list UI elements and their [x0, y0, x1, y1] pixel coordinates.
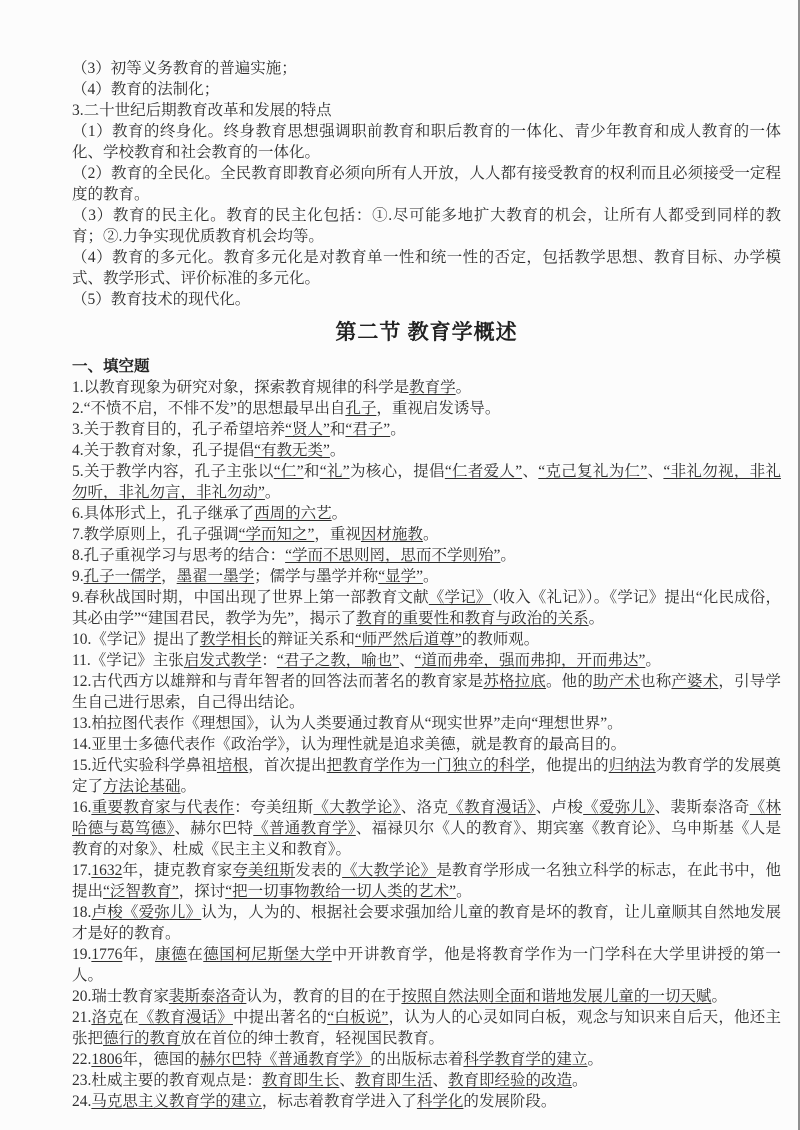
- text-segment: 。: [423, 526, 439, 543]
- text-segment: 。: [587, 1051, 603, 1068]
- text-segment: 、: [522, 463, 538, 480]
- answer-underline: 1776: [91, 946, 122, 963]
- text-segment: 和: [304, 463, 320, 480]
- answer-underline: 洛克: [91, 1009, 123, 1026]
- text-segment: 。: [500, 547, 516, 564]
- intro-paragraph: 3.二十世纪后期教育改革和发展的特点: [72, 100, 781, 121]
- text-segment: 5.关于教学内容，孔子主张以: [72, 463, 274, 480]
- text-segment: 。: [711, 988, 727, 1005]
- text-segment: 、洛克: [401, 799, 449, 816]
- text-segment: 也称: [640, 673, 671, 690]
- text-segment: （5）教育技术的现代化。: [72, 291, 250, 308]
- text-segment: 中提出著名的: [233, 1009, 327, 1026]
- text-segment: 3.二十世纪后期教育改革和发展的特点: [72, 102, 332, 119]
- fill-in-item: 1.以教育现象为研究对象，探索教育规律的科学是教育学。: [72, 377, 781, 398]
- text-segment: 2.“不愤不启，不悱不发”的思想最早出自: [72, 400, 345, 417]
- text-segment: 和: [330, 421, 346, 438]
- fill-in-item: 13.柏拉图代表作《理想国》，认为人类要通过教育从“现实世界”走向“理想世界”。: [72, 713, 781, 734]
- fill-in-item: 22.1806年，德国的赫尔巴特《普通教育学》的出版标志着科学教育学的建立。: [72, 1049, 781, 1070]
- text-segment: 放在首位的绅士教育，轻视国民教育。: [181, 1030, 445, 1047]
- text-segment: 发表的: [295, 862, 342, 879]
- section-heading: 第二节 教育学概述: [72, 319, 781, 346]
- fill-in-item: 6.具体形式上，孔子继承了西周的六艺。: [72, 503, 781, 524]
- text-segment: 13.柏拉图代表作《理想国》，认为人类要通过教育从“现实世界”走向“理想世界”。: [72, 715, 623, 732]
- text-segment: 为核心，提倡: [350, 463, 445, 480]
- intro-paragraph: （3）教育的民主化。教育的民主化包括：①.尽可能多地扩大教育的机会，让所有人都受…: [72, 205, 781, 247]
- answer-underline: “贤人”: [285, 421, 330, 438]
- text-segment: 的教师观。: [462, 631, 540, 648]
- text-segment: 。他的: [546, 673, 593, 690]
- text-segment: ，重视启发诱导。: [376, 400, 500, 417]
- answer-underline: 助产术: [593, 673, 640, 690]
- answer-underline: “克己复礼为仁”: [538, 463, 647, 480]
- text-segment: 12.古代西方以雄辩和与青年智者的回答法而著名的教育家是: [72, 673, 483, 690]
- text-segment: ，: [161, 568, 177, 585]
- answer-underline: “仁”: [274, 463, 304, 480]
- text-segment: 7.教学原则上，孔子强调: [72, 526, 239, 543]
- text-segment: 17.: [72, 862, 91, 879]
- answer-underline: 德行的教育: [103, 1030, 181, 1047]
- answer-underline: 德国柯尼斯堡大学: [203, 946, 332, 963]
- fill-in-item: 5.关于教学内容，孔子主张以“仁”和“礼”为核心，提倡“仁者爱人”、“克己复礼为…: [72, 461, 781, 503]
- text-segment: 。: [456, 883, 472, 900]
- fill-in-item: 21.洛克在《教育漫话》中提出著名的“白板说”，认为人的心灵如同白板，观念与知识…: [72, 1007, 781, 1049]
- answer-underline: 墨翟一墨学: [177, 568, 255, 585]
- text-segment: 年，德国的: [122, 1051, 200, 1068]
- text-segment: 20.瑞士教育家: [72, 988, 169, 1005]
- answer-underline: 启发式教学: [184, 652, 262, 669]
- answer-underline: 苏格拉底: [483, 673, 546, 690]
- fill-in-item: 15.近代实验科学鼻祖培根，首次提出把教育学作为一门独立的科学，他提出的归纳法为…: [72, 755, 781, 797]
- fill-in-item: 9.孔子一儒学，墨翟一墨学；儒学与墨学并称“显学”。: [72, 566, 781, 587]
- answer-underline: 康德: [155, 946, 187, 963]
- answer-underline: 卢梭《爱弥儿》: [91, 904, 201, 921]
- text-segment: 。: [572, 1072, 588, 1089]
- answer-underline: 马克思主义教育学的建立: [91, 1093, 262, 1110]
- answer-underline: “把一切事物教给一切人类的艺术”: [225, 883, 456, 900]
- text-segment: 23.杜威主要的教育观点是：: [72, 1072, 262, 1089]
- intro-paragraph: （4）教育的多元化。教育多元化是对教育单一性和统一性的否定，包括教学思想、教育目…: [72, 247, 781, 289]
- fill-in-item: 3.关于教育目的，孔子希望培养“贤人”和“君子”。: [72, 419, 781, 440]
- text-segment: 6.具体形式上，孔子继承了: [72, 505, 254, 522]
- text-segment: ：夸美纽斯: [234, 799, 313, 816]
- text-segment: 14.亚里士多德代表作《政治学》，认为理性就是追求美德，就是教育的最高目的。: [72, 736, 626, 753]
- text-segment: 。: [181, 778, 197, 795]
- answer-underline: 1806: [91, 1051, 122, 1068]
- text-segment: 的出版标志着: [370, 1051, 463, 1068]
- answer-underline: “白板说”: [327, 1009, 388, 1026]
- answer-underline: 把教育学作为一门独立的科学: [327, 757, 531, 774]
- text-segment: 。: [390, 421, 406, 438]
- text-segment: 。: [456, 379, 472, 396]
- answer-underline: 重要教育家与代表作: [91, 799, 234, 816]
- text-segment: 。: [332, 505, 348, 522]
- answer-underline: 教育的重要性和教育与政治的关系: [356, 610, 589, 627]
- answer-underline: 产婆术: [671, 673, 718, 690]
- answer-underline: 西周的六艺: [254, 505, 332, 522]
- fill-in-item: 7.教学原则上，孔子强调“学而知之”，重视因材施教。: [72, 524, 781, 545]
- text-segment: 22.: [72, 1051, 91, 1068]
- answer-underline: 科学教育学的建立: [463, 1051, 587, 1068]
- fill-in-item: 8.孔子重视学习与思考的结合：“学而不思则罔，思而不学则殆”。: [72, 545, 781, 566]
- answer-underline: 方法论基础: [103, 778, 181, 795]
- intro-paragraph: （5）教育技术的现代化。: [72, 289, 781, 310]
- fill-in-item: 20.瑞士教育家裴斯泰洛奇认为，教育的目的在于按照自然法则全面和谐地发展儿童的一…: [72, 986, 781, 1007]
- text-segment: 的发展阶段。: [463, 1093, 556, 1110]
- answer-underline: “泛智教育”: [103, 883, 179, 900]
- text-segment: 18.: [72, 904, 91, 921]
- answer-underline: 《大教学论》: [313, 799, 400, 816]
- text-segment: 的辩证关系和: [262, 631, 355, 648]
- answer-underline: 教育即生长: [262, 1072, 340, 1089]
- text-segment: （3）初等义务教育的普遍实施；: [72, 60, 297, 77]
- answer-underline: 1632: [91, 862, 122, 879]
- text-segment: 。: [423, 568, 439, 585]
- answer-underline: 教学相长: [200, 631, 262, 648]
- intro-paragraph: （4）教育的法制化；: [72, 79, 781, 100]
- text-segment: 。: [265, 484, 281, 501]
- text-segment: 8.孔子重视学习与思考的结合：: [72, 547, 285, 564]
- text-segment: ，首次提出: [248, 757, 326, 774]
- previous-section-content: （3）初等义务教育的普遍实施；（4）教育的法制化；3.二十世纪后期教育改革和发展…: [72, 58, 781, 310]
- text-segment: 年，捷克教育家: [122, 862, 232, 879]
- text-segment: 15.近代实验科学鼻祖: [72, 757, 217, 774]
- intro-paragraph: （1）教育的终身化。终身教育思想强调职前教育和职后教育的一体化、青少年教育和成人…: [72, 121, 781, 163]
- fill-in-item: 19.1776年，康德在德国柯尼斯堡大学中开讲教育学，他是将教育学作为一门学科在…: [72, 944, 781, 986]
- text-segment: 9.: [72, 568, 84, 585]
- answer-underline: “显学”: [378, 568, 423, 585]
- text-segment: （1）教育的终身化。终身教育思想强调职前教育和职后教育的一体化、青少年教育和成人…: [72, 123, 781, 161]
- text-segment: 11.《学记》主张: [72, 652, 184, 669]
- answer-underline: “学而不思则罔，思而不学则殆”: [285, 547, 500, 564]
- fill-in-item: 12.古代西方以雄辩和与青年智者的回答法而著名的教育家是苏格拉底。他的助产术也称…: [72, 671, 781, 713]
- fill-in-item: 24.马克思主义教育学的建立，标志着教育学进入了科学化的发展阶段。: [72, 1091, 781, 1112]
- text-segment: 。: [645, 652, 661, 669]
- answer-underline: 孔子一儒学: [84, 568, 162, 585]
- answer-underline: 《大教学论》: [342, 862, 436, 879]
- text-segment: 认为，教育的目的在于: [246, 988, 401, 1005]
- text-segment: 16.: [72, 799, 91, 816]
- answer-underline: 教育即生活: [355, 1072, 433, 1089]
- answer-underline: “仁者爱人”: [445, 463, 522, 480]
- fill-in-item: 18.卢梭《爱弥儿》认为，人为的、根据社会要求强加给儿童的教育是坏的教育，让儿童…: [72, 902, 781, 944]
- text-segment: 、: [647, 463, 663, 480]
- text-segment: 年，: [122, 946, 155, 963]
- answer-underline: 孔子: [345, 400, 376, 417]
- text-segment: （4）教育的多元化。教育多元化是对教育单一性和统一性的否定，包括教学思想、教育目…: [72, 249, 781, 287]
- answer-underline: 科学化: [417, 1093, 464, 1110]
- text-segment: ：: [261, 652, 277, 669]
- text-segment: 。: [589, 610, 605, 627]
- answer-underline: 培根: [217, 757, 248, 774]
- answer-underline: 教育学: [409, 379, 456, 396]
- text-segment: 1.以教育现象为研究对象，探索教育规律的科学是: [72, 379, 409, 396]
- fill-in-item: 10.《学记》提出了教学相长的辩证关系和“师严然后道尊”的教师观。: [72, 629, 781, 650]
- intro-paragraph: （2）教育的全民化。全民教育即教育必须向所有人开放，人人都有接受教育的权利而且必…: [72, 163, 781, 205]
- answer-underline: “君子之教，喻也”: [277, 652, 399, 669]
- text-segment: 19.: [72, 946, 91, 963]
- answer-underline: 归纳法: [609, 757, 656, 774]
- fill-in-item: 23.杜威主要的教育观点是：教育即生长、教育即生活、教育即经验的改造。: [72, 1070, 781, 1091]
- answer-underline: “学而知之”: [239, 526, 315, 543]
- document-page: （3）初等义务教育的普遍实施；（4）教育的法制化；3.二十世纪后期教育改革和发展…: [0, 0, 800, 1130]
- fill-in-subheading: 一、填空题: [72, 356, 781, 377]
- text-segment: 3.关于教育目的，孔子希望培养: [72, 421, 285, 438]
- answer-underline: “君子”: [345, 421, 390, 438]
- answer-underline: 夸美纽斯: [232, 862, 295, 879]
- text-segment: ，标志着教育学进入了: [262, 1093, 417, 1110]
- fill-in-item: 2.“不愤不启，不悱不发”的思想最早出自孔子，重视启发诱导。: [72, 398, 781, 419]
- text-segment: 21.: [72, 1009, 91, 1026]
- text-segment: 24.: [72, 1093, 91, 1110]
- text-segment: ；儒学与墨学并称: [254, 568, 378, 585]
- answer-underline: 裴斯泰洛奇: [169, 988, 247, 1005]
- text-segment: ，探讨: [179, 883, 226, 900]
- text-segment: 、: [399, 652, 415, 669]
- text-segment: 、: [432, 1072, 448, 1089]
- answer-underline: 《爱弥儿》: [583, 799, 654, 816]
- fill-in-item: 11.《学记》主张启发式教学：“君子之教，喻也”、“道而弗牵，强而弗抑，开而弗达…: [72, 650, 781, 671]
- fill-in-item: 4.关于教育对象，孔子提倡“有教无类”。: [72, 440, 781, 461]
- text-segment: 在: [123, 1009, 139, 1026]
- answer-underline: “师严然后道尊”: [355, 631, 462, 648]
- answer-underline: “礼”: [320, 463, 350, 480]
- intro-paragraph: （3）初等义务教育的普遍实施；: [72, 58, 781, 79]
- answer-underline: 教育即经验的改造: [448, 1072, 572, 1089]
- answer-underline: 按照自然法则全面和谐地发展儿童的一切天赋: [401, 988, 711, 1005]
- text-segment: 9.春秋战国时期，中国出现了世界上第一部教育文献: [72, 589, 429, 606]
- answer-underline: 赫尔巴特《普通教育学》: [200, 1051, 371, 1068]
- fill-in-item: 9.春秋战国时期，中国出现了世界上第一部教育文献《学记》（收入《礼记》）。《学记…: [72, 587, 781, 629]
- text-segment: 、裴斯泰洛奇: [655, 799, 750, 816]
- text-segment: 、卢梭: [536, 799, 584, 816]
- text-segment: 、赫尔巴特: [175, 820, 254, 837]
- text-segment: 4.关于教育对象，孔子提倡: [72, 442, 254, 459]
- text-segment: （3）教育的民主化。教育的民主化包括：①.尽可能多地扩大教育的机会，让所有人都受…: [72, 207, 781, 245]
- fill-in-item: 17.1632年，捷克教育家夸美纽斯发表的《大教学论》是教育学形成一名独立科学的…: [72, 860, 781, 902]
- text-segment: 10.《学记》提出了: [72, 631, 200, 648]
- text-segment: ，他提出的: [530, 757, 608, 774]
- answer-underline: “道而弗牵，强而弗抑，开而弗达”: [415, 652, 646, 669]
- answer-underline: 《教育漫话》: [139, 1009, 233, 1026]
- fill-in-item: 14.亚里士多德代表作《政治学》，认为理性就是追求美德，就是教育的最高目的。: [72, 734, 781, 755]
- answer-underline: 《学记》: [429, 589, 492, 606]
- text-segment: ，重视: [314, 526, 361, 543]
- answer-underline: 《教育漫话》: [448, 799, 535, 816]
- fill-in-items: 1.以教育现象为研究对象，探索教育规律的科学是教育学。2.“不愤不启，不悱不发”…: [72, 377, 781, 1112]
- text-segment: 。: [330, 442, 346, 459]
- answer-underline: 《普通教育学》: [253, 820, 356, 837]
- text-segment: 、: [339, 1072, 355, 1089]
- answer-underline: 因材施教: [361, 526, 423, 543]
- answer-underline: “有教无类”: [254, 442, 330, 459]
- text-segment: 在: [187, 946, 203, 963]
- fill-in-item: 16.重要教育家与代表作：夸美纽斯《大教学论》、洛克《教育漫话》、卢梭《爱弥儿》…: [72, 797, 781, 860]
- text-segment: （2）教育的全民化。全民教育即教育必须向所有人开放，人人都有接受教育的权利而且必…: [72, 165, 781, 203]
- text-segment: （4）教育的法制化；: [72, 81, 219, 98]
